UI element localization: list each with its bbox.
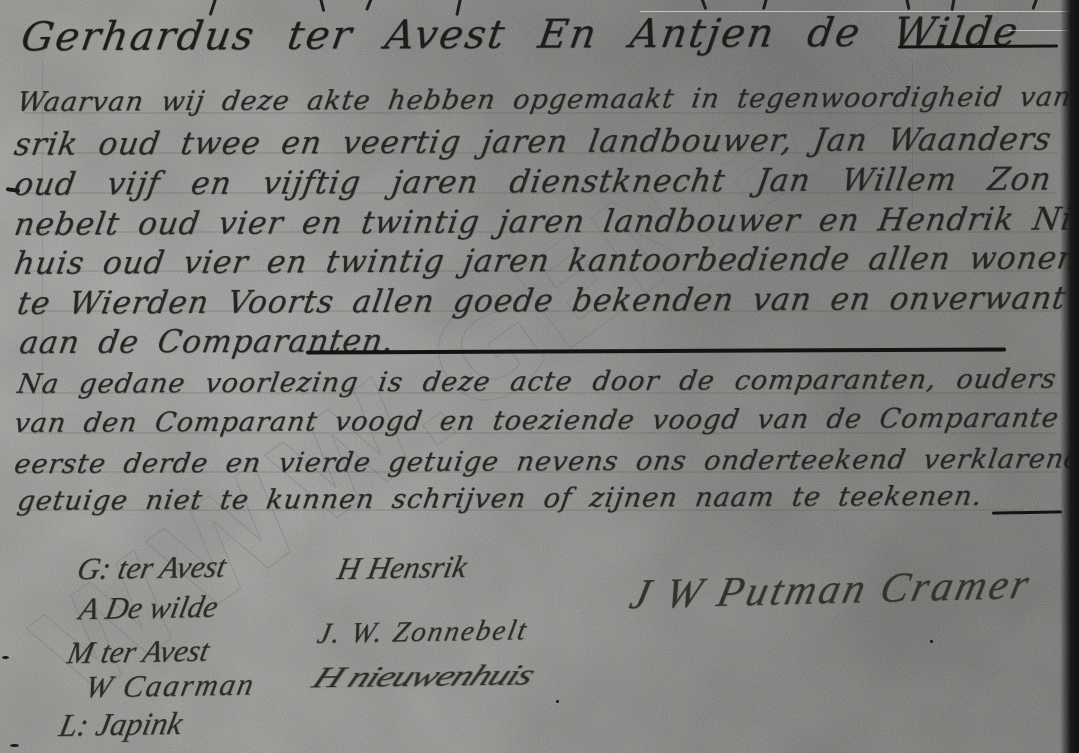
edge-artifact	[318, 0, 326, 12]
signature: G: ter Avest	[74, 549, 229, 588]
manuscript-line: getuige niet te kunnen schrijven of zijn…	[15, 480, 981, 516]
manuscript-line: Na gedane voorlezing is deze acte door d…	[15, 363, 1059, 399]
names-rule	[898, 44, 1058, 48]
manuscript-line: Waarvan wij deze akte hebben opgemaakt i…	[15, 81, 1053, 117]
manuscript-line: huis oud vier en twintig jaren kantoorbe…	[12, 240, 1054, 281]
edge-artifact	[700, 0, 708, 10]
manuscript-line: srik oud twee en veertig jaren landbouwe…	[12, 121, 1054, 162]
manuscript-line: te Wierden Voorts allen goede bekenden v…	[15, 280, 1053, 321]
signature: M ter Avest	[64, 633, 212, 671]
names-line: Gerhardus ter Avest En Antjen de Wilde	[18, 10, 906, 61]
ink-speck	[556, 700, 559, 703]
scanner-edge-band	[1060, 0, 1079, 753]
edge-artifact	[365, 0, 374, 11]
signature: A De wilde	[76, 589, 221, 627]
manuscript-line: oud vijf en vijftig jaren dienstknecht J…	[12, 161, 1054, 202]
official-signature: J W Putman Cramer	[625, 561, 1036, 619]
ink-speck	[6, 187, 20, 193]
manuscript-line: nebelt oud vier en twintig jaren landbou…	[12, 201, 1058, 242]
ink-speck	[2, 656, 9, 659]
closing-dash	[992, 510, 1062, 514]
signature: L: Japink	[56, 705, 185, 744]
edge-artifact	[762, 0, 769, 10]
manuscript-line: eerste derde en vierde getuige nevens on…	[12, 443, 1062, 479]
manuscript-line: aan de Comparanten.	[17, 323, 397, 361]
edge-artifact	[904, 0, 910, 10]
signature: W Caarman	[82, 667, 258, 706]
manuscript-line: van den Comparant voogd en toeziende voo…	[12, 402, 1060, 438]
ink-speck	[930, 640, 933, 643]
document-scan: WWW.GENEALOGIEDOMEIN.NL Gerhardus ter Av…	[0, 0, 1079, 753]
edge-artifact	[1031, 0, 1039, 10]
signature: H Hensrik	[334, 549, 470, 587]
comparanten-rule	[306, 347, 1006, 354]
scan-scratch	[640, 11, 1079, 12]
signature: H nieuwenhuis	[306, 659, 539, 696]
ink-speck	[10, 744, 19, 747]
signature: J. W. Zonnebelt	[314, 614, 531, 651]
